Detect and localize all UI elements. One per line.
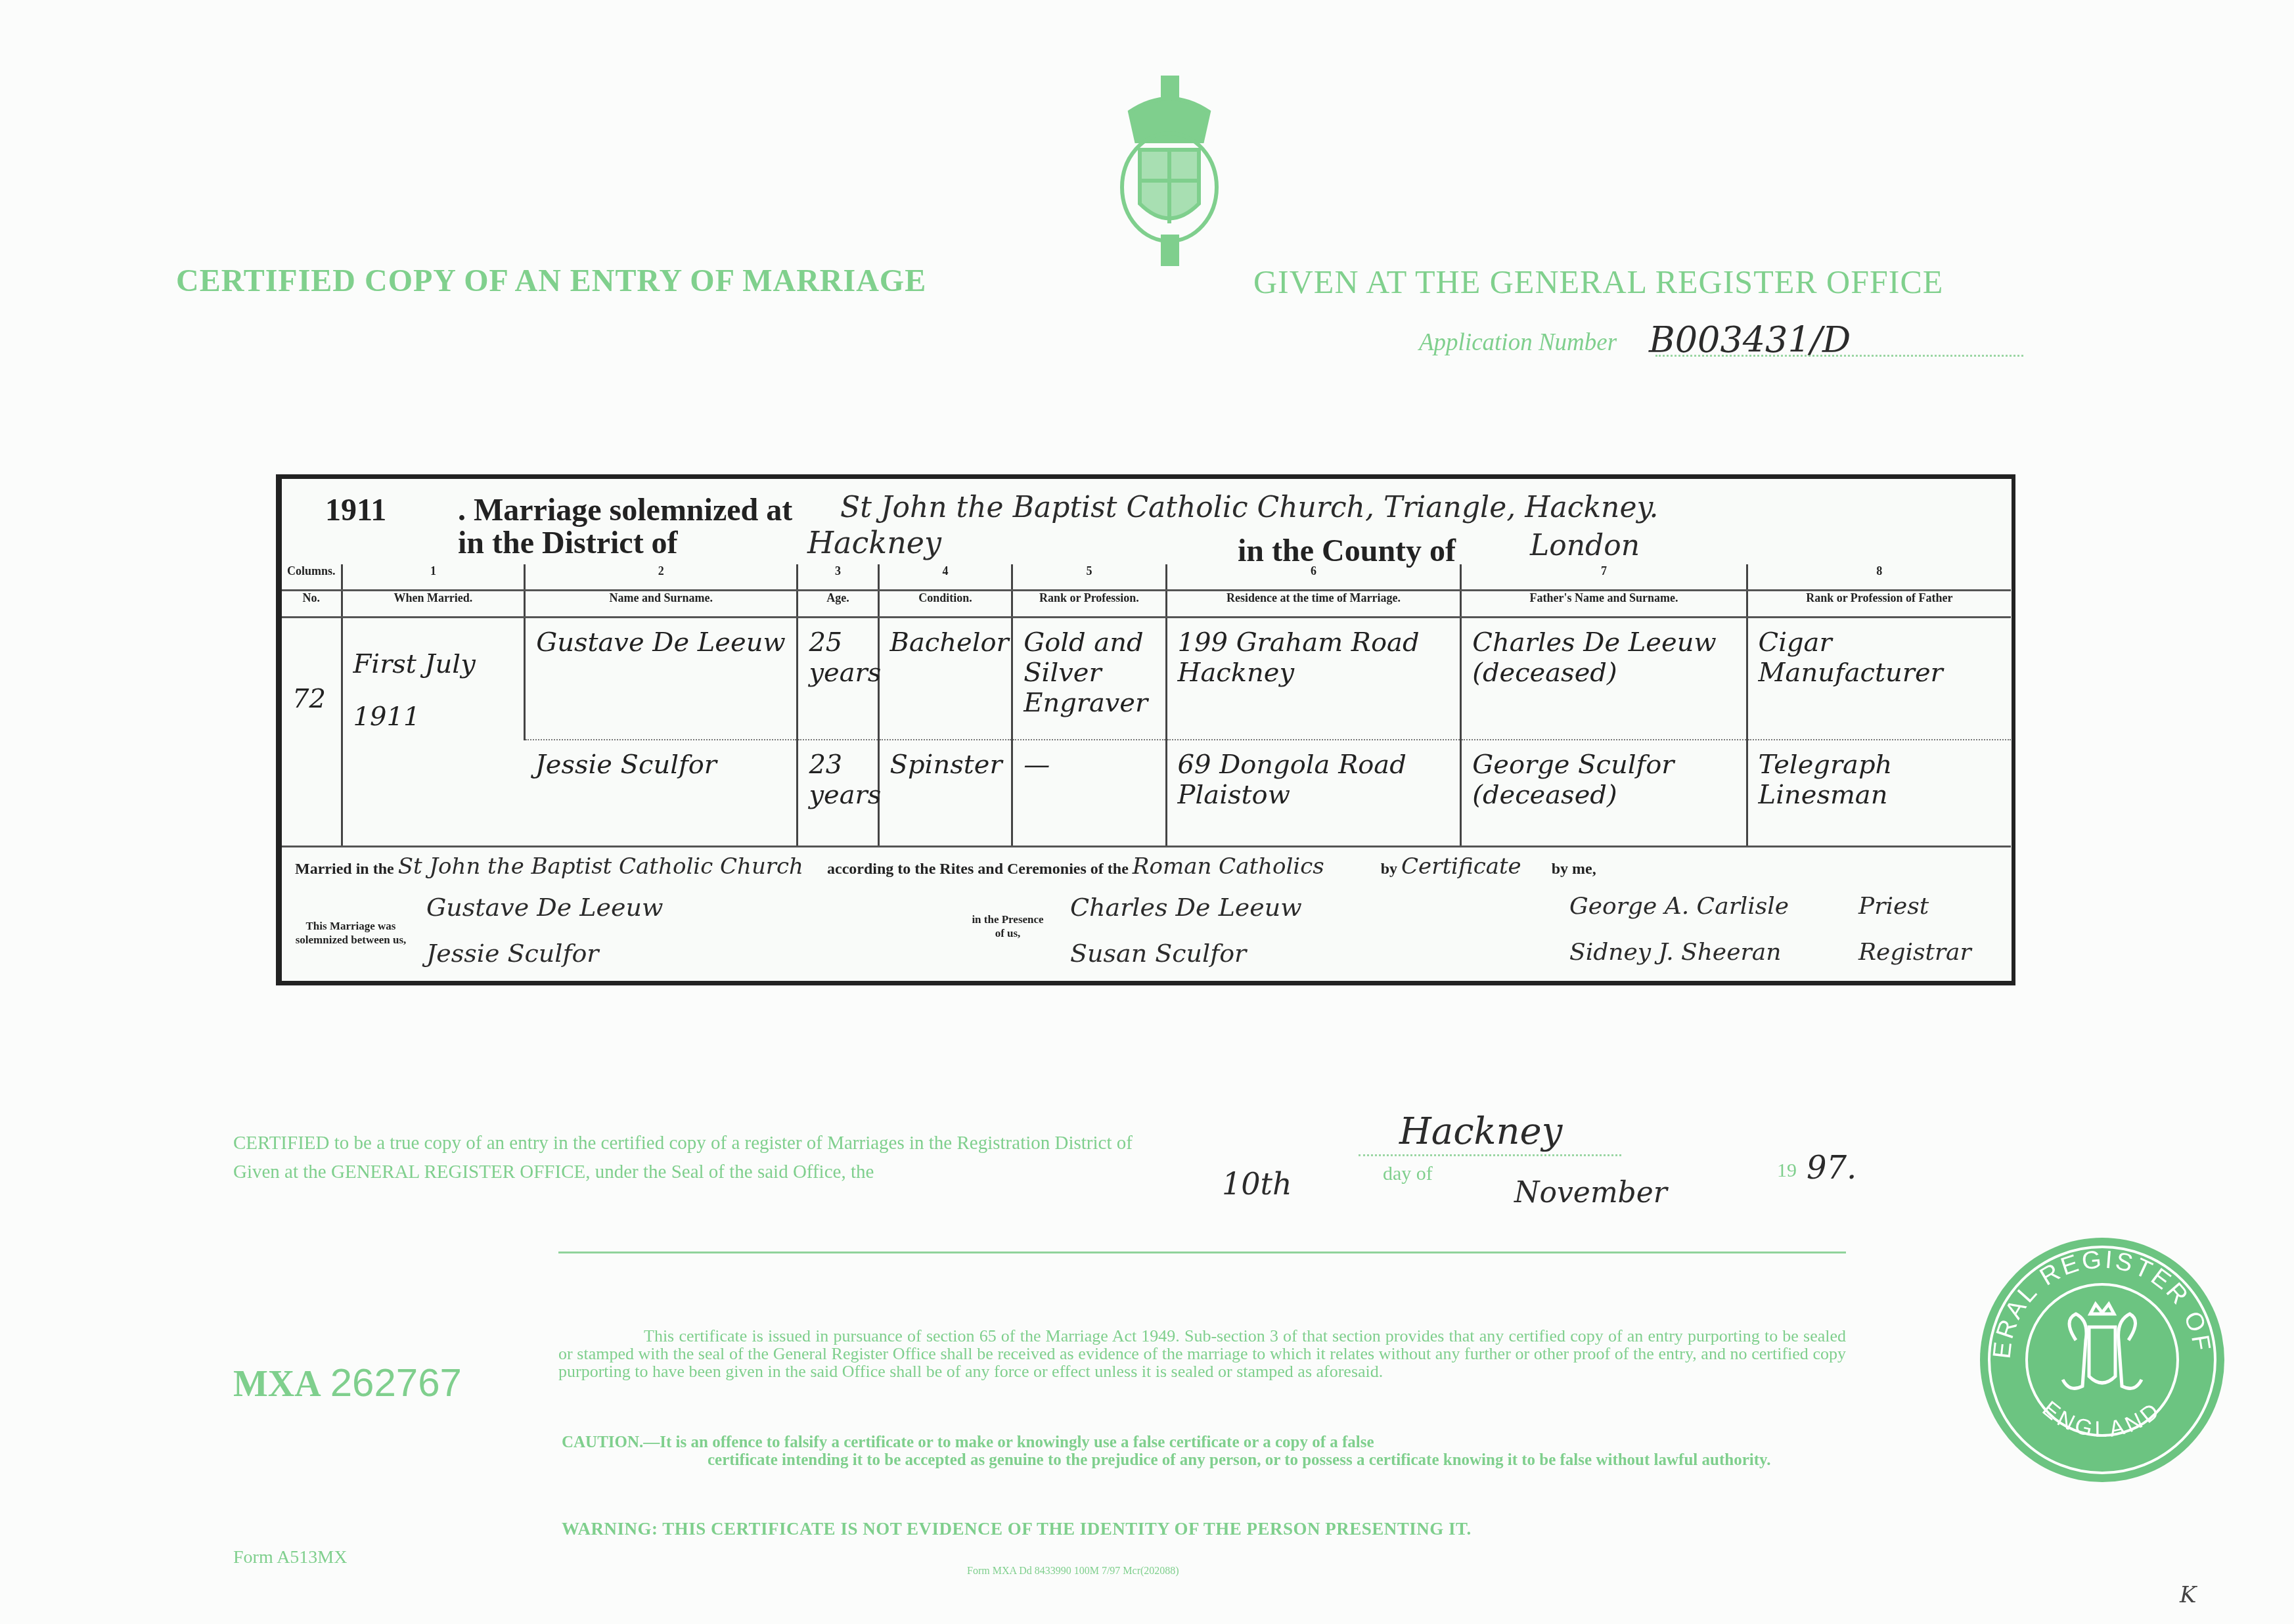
column-header: Age. (798, 591, 878, 618)
column-number: 2 (525, 564, 798, 591)
column-header: Rank or Profession. (1012, 591, 1166, 618)
table-row: Jessie Sculfor 23 years Spinster — 69 Do… (282, 740, 2011, 847)
person-profession: — (1012, 740, 1166, 847)
column-header: When Married. (342, 591, 525, 618)
county-value: London (1530, 529, 1640, 562)
issuing-office: GIVEN AT THE GENERAL REGISTER OFFICE (1253, 263, 1943, 301)
column-number: 5 (1012, 564, 1166, 591)
column-number: 6 (1166, 564, 1461, 591)
witness-signature: Charles De Leeuw (1070, 893, 1302, 922)
married-in-value: St John the Baptist Catholic Church (398, 853, 803, 880)
column-number: 8 (1747, 564, 2011, 591)
person-profession: Gold and Silver Engraver (1012, 618, 1166, 740)
form-code: Form A513MX (233, 1547, 347, 1568)
solemnized-between-label: This Marriage was solemnized between us, (295, 919, 407, 947)
caution-rest: certificate intending it to be accepted … (562, 1451, 1846, 1469)
year-prefix: 19 (1777, 1160, 1797, 1182)
column-number: 4 (878, 564, 1012, 591)
rites-label: according to the Rites and Ceremonies of… (827, 861, 1129, 878)
print-code: Form MXA Dd 8433990 100M 7/97 Mcr(202088… (967, 1566, 1179, 1577)
register-table: Columns. 1 2 3 4 5 6 7 8 No. When Marrie… (282, 564, 2011, 847)
when-married: First July 1911 (342, 618, 525, 847)
column-header: Condition. (878, 591, 1012, 618)
by-me-label: by me, (1552, 861, 1596, 878)
district-label: in the District of (458, 525, 678, 561)
certified-district: Hackney (1399, 1110, 1562, 1153)
married-in-row: Married in the St John the Baptist Catho… (295, 853, 2003, 880)
person-age: 25 years (798, 618, 878, 740)
entry-number: 72 (282, 618, 342, 847)
given-at-text: Given at the GENERAL REGISTER OFFICE, un… (233, 1162, 874, 1183)
legal-notice: This certificate is issued in pursuance … (558, 1327, 1846, 1380)
corner-mark: K (2180, 1582, 2196, 1608)
official-role: Priest (1858, 893, 1929, 920)
register-year: 1911 (325, 492, 386, 528)
signature-block: This Marriage was solemnized between us,… (282, 886, 2011, 978)
day-of-label: day of (1383, 1163, 1433, 1185)
column-header: Residence at the time of Marriage. (1166, 591, 1461, 618)
official-signature: George A. Carlisle (1569, 893, 1789, 920)
father-name: George Sculfor (deceased) (1461, 740, 1747, 847)
warning-notice: WARNING: THIS CERTIFICATE IS NOT EVIDENC… (562, 1519, 1472, 1539)
presence-label: in the Presence of us, (972, 913, 1044, 940)
general-register-office-seal-icon: GENERAL REGISTER OFFICE ENGLAND (1977, 1235, 2227, 1485)
column-header: Rank or Profession of Father (1747, 591, 2011, 618)
column-number: 3 (798, 564, 878, 591)
county-label: in the County of (1238, 533, 1456, 569)
application-number-label: Application Number (1419, 328, 1617, 357)
rites-value: Roman Catholics (1133, 853, 1324, 880)
column-header: No. (282, 591, 342, 618)
table-row: 72 First July 1911 Gustave De Leeuw 25 y… (282, 618, 2011, 740)
certified-day: 10th (1222, 1166, 1292, 1202)
document-title: CERTIFIED COPY OF AN ENTRY OF MARRIAGE (176, 263, 926, 299)
father-profession: Telegraph Linesman (1747, 740, 2011, 847)
column-header: Name and Surname. (525, 591, 798, 618)
person-name: Gustave De Leeuw (525, 618, 798, 740)
column-number: 7 (1461, 564, 1747, 591)
spouse-signature: Gustave De Leeuw (426, 893, 663, 922)
person-condition: Spinster (878, 740, 1012, 847)
person-residence: 69 Dongola Road Plaistow (1166, 740, 1461, 847)
marriage-solemnized-label: . Marriage solemnized at (458, 492, 792, 528)
columns-label: Columns. (282, 564, 342, 591)
caution-notice: CAUTION.—It is an offence to falsify a c… (562, 1433, 1846, 1469)
person-age: 23 years (798, 740, 878, 847)
by-label: by (1381, 861, 1397, 878)
column-header: Father's Name and Surname. (1461, 591, 1747, 618)
by-value: Certificate (1401, 853, 1521, 880)
official-signature: Sidney J. Sheeran (1569, 939, 1781, 966)
married-in-label: Married in the (295, 861, 394, 878)
register-entry: 1911 . Marriage solemnized at St John th… (276, 474, 2015, 985)
father-profession: Cigar Manufacturer (1747, 618, 2011, 740)
marriage-place: St John the Baptist Catholic Church, Tri… (840, 491, 1658, 524)
royal-coat-of-arms-icon (1110, 72, 1228, 269)
serial-digits: 262767 (330, 1361, 462, 1405)
application-number: B003431/D (1649, 319, 1851, 361)
caution-lead: CAUTION.—It is an offence to falsify a c… (562, 1433, 1374, 1451)
certified-month: November (1514, 1176, 1667, 1209)
column-number: 1 (342, 564, 525, 591)
official-role: Registrar (1858, 939, 1971, 966)
district-dotted-line (1359, 1154, 1621, 1156)
serial-number: MXA 262767 (233, 1360, 462, 1405)
certification-text: CERTIFIED to be a true copy of an entry … (233, 1133, 1133, 1154)
year-suffix: 97. (1807, 1150, 1856, 1186)
person-residence: 199 Graham Road Hackney (1166, 618, 1461, 740)
serial-prefix: MXA (233, 1364, 321, 1405)
witness-signature: Susan Sculfor (1070, 939, 1246, 968)
person-condition: Bachelor (878, 618, 1012, 740)
divider (558, 1252, 1846, 1253)
person-name: Jessie Sculfor (525, 740, 798, 847)
spouse-signature: Jessie Sculfor (426, 939, 599, 968)
district-value: Hackney (807, 525, 941, 560)
father-name: Charles De Leeuw (deceased) (1461, 618, 1747, 740)
